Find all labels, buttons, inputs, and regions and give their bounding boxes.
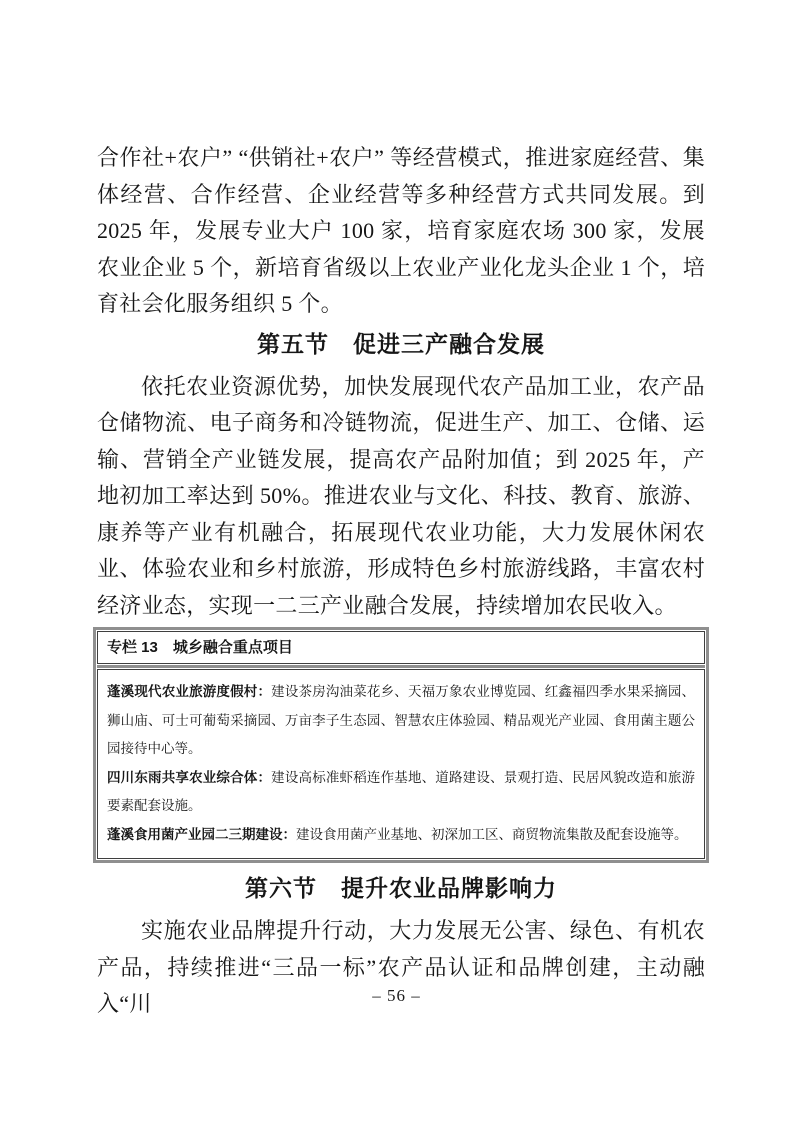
box-item-label: 四川东雨共享农业综合体： <box>107 770 271 785</box>
text-block: 合作社+农户” “供销社+农户” 等经营模式，推进家庭经营、集体经营、合作经营、… <box>97 140 705 1023</box>
page-number: – 56 – <box>0 986 793 1006</box>
section-5-paragraph: 依托农业资源优势，加快发展现代农产品加工业，农产品仓储物流、电子商务和冷链物流，… <box>97 369 705 625</box>
box-item: 蓬溪食用菌产业园二三期建设：建设食用菌产业基地、初深加工区、商贸物流集散及配套设… <box>107 821 695 850</box>
section-6-paragraph: 实施农业品牌提升行动，大力发展无公害、绿色、有机农产品，持续推进“三品一标”农产… <box>97 913 705 1023</box>
box-item: 蓬溪现代农业旅游度假村：建设茶房沟油菜花乡、天福万象农业博览园、红鑫福四季水果采… <box>107 678 695 764</box>
section-5-heading: 第五节 促进三产融合发展 <box>97 327 705 363</box>
box-divider <box>97 665 705 668</box>
column-13-box-title: 专栏 13 城乡融合重点项目 <box>97 631 705 664</box>
document-page: 合作社+农户” “供销社+农户” 等经营模式，推进家庭经营、集体经营、合作经营、… <box>0 0 793 1122</box>
box-item: 四川东雨共享农业综合体：建设高标准虾稻连作基地、道路建设、景观打造、民居风貌改造… <box>107 764 695 821</box>
section-6-heading: 第六节 提升农业品牌影响力 <box>97 871 705 907</box>
paragraph-continuation: 合作社+农户” “供销社+农户” 等经营模式，推进家庭经营、集体经营、合作经营、… <box>97 140 705 323</box>
column-13-box: 专栏 13 城乡融合重点项目 蓬溪现代农业旅游度假村：建设茶房沟油菜花乡、天福万… <box>93 627 709 863</box>
column-13-box-body: 蓬溪现代农业旅游度假村：建设茶房沟油菜花乡、天福万象农业博览园、红鑫福四季水果采… <box>97 669 705 859</box>
box-item-label: 蓬溪食用菌产业园二三期建设： <box>107 827 296 842</box>
box-item-text: 建设食用菌产业基地、初深加工区、商贸物流集散及配套设施等。 <box>296 827 688 842</box>
box-item-label: 蓬溪现代农业旅游度假村： <box>107 684 271 699</box>
